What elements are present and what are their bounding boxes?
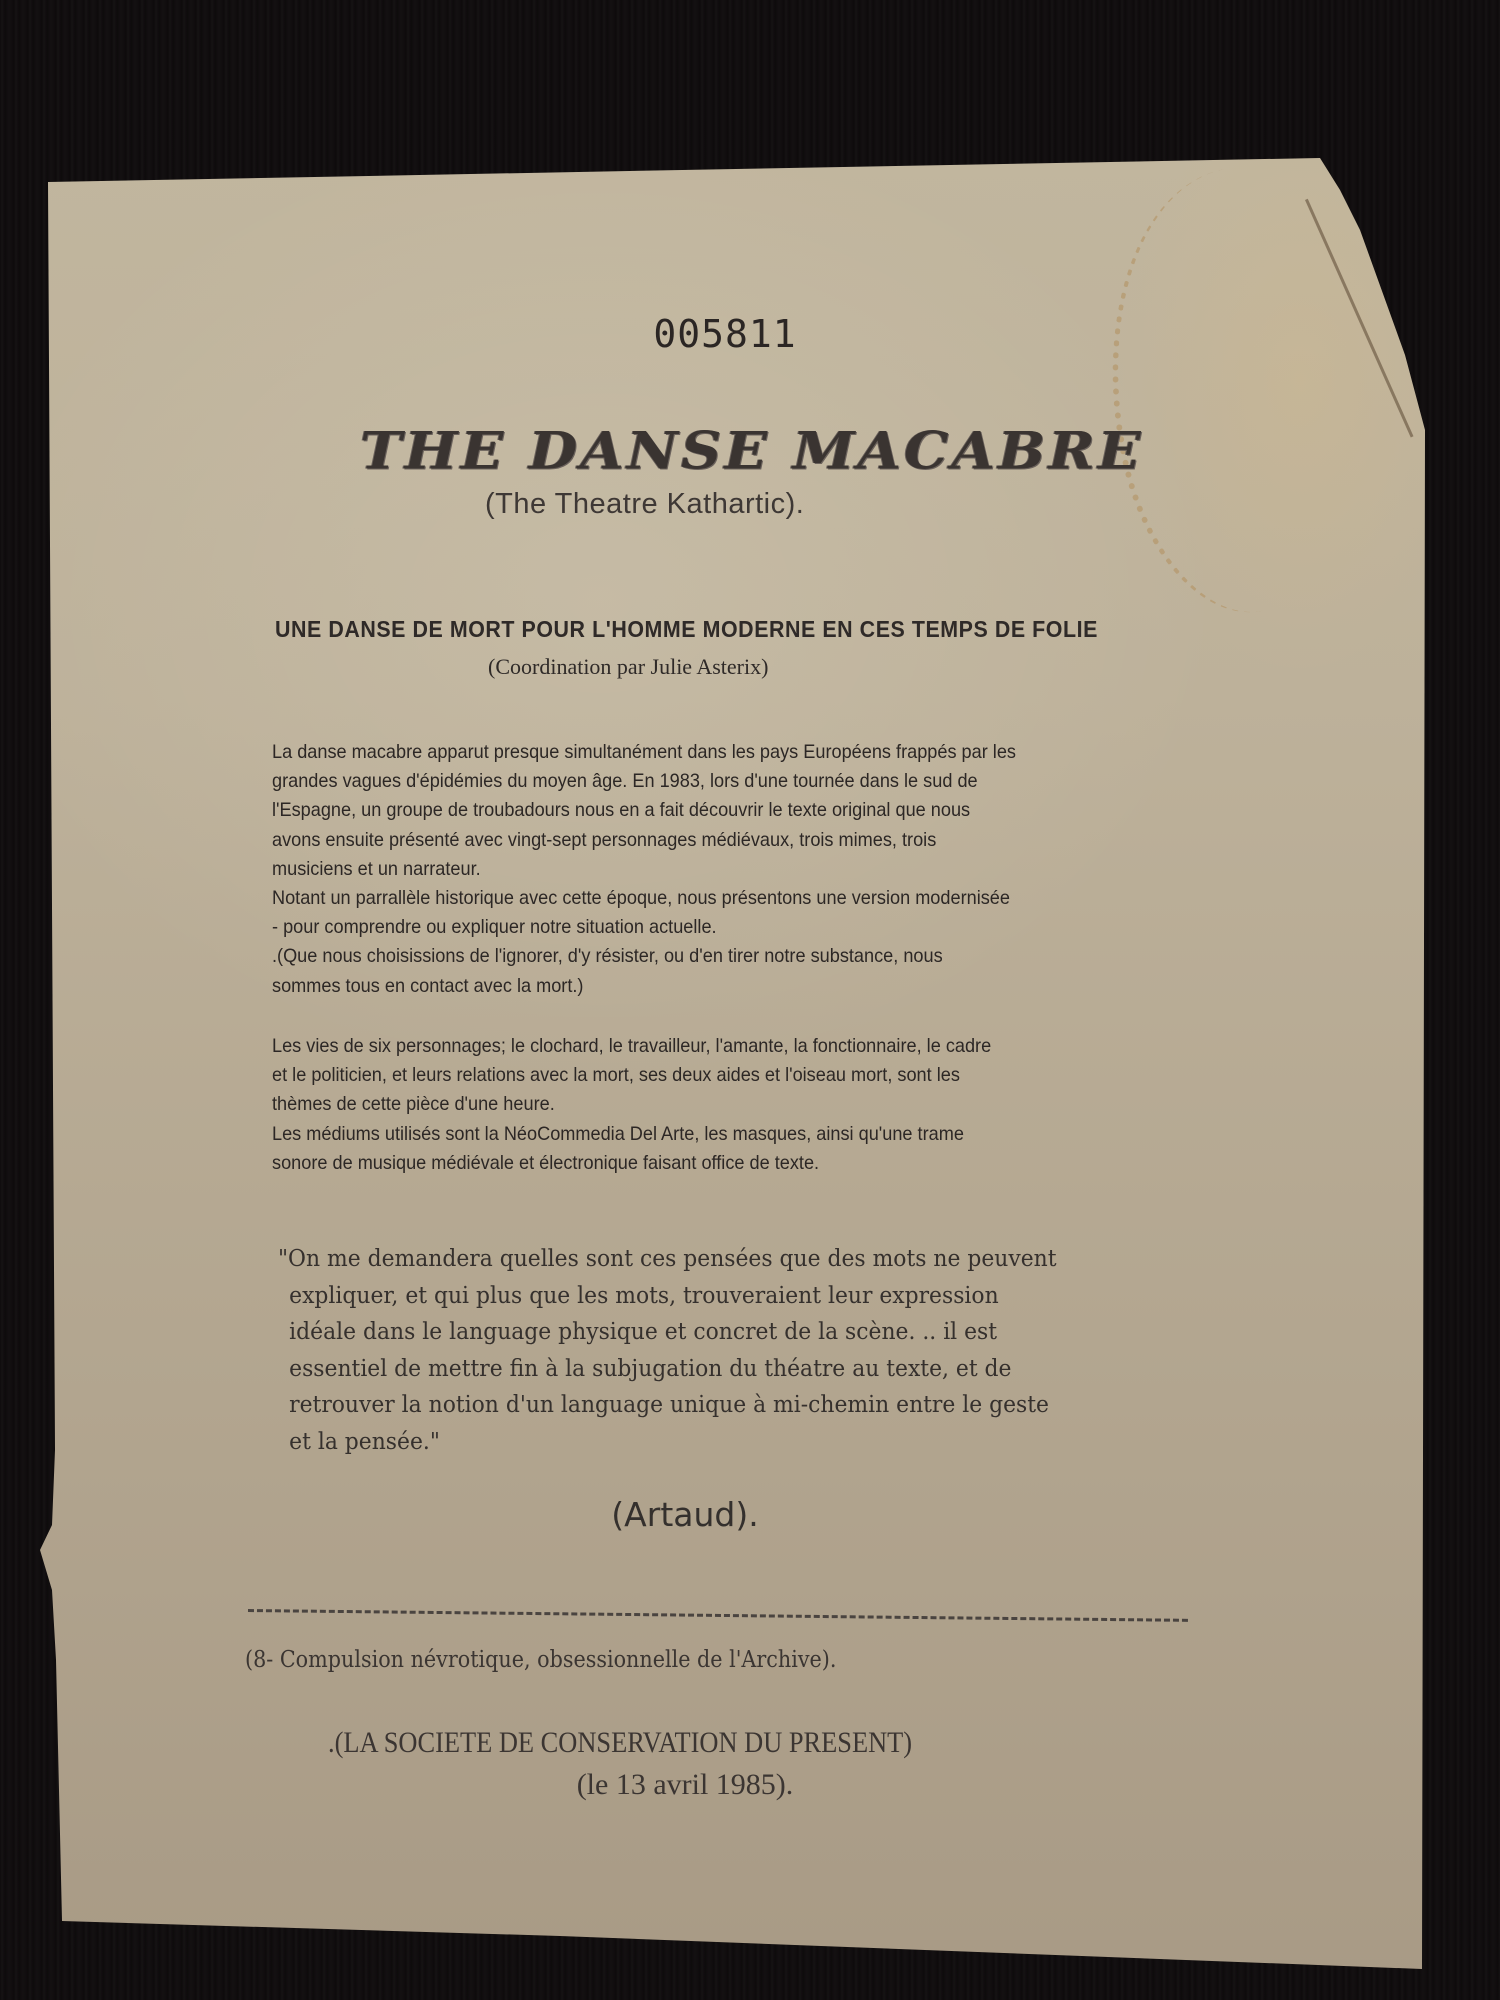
artaud-quote: "On me demandera quelles sont ces pensée… [278,1240,1056,1459]
footnote: (8- Compulsion névrotique, obsessionnell… [245,1647,836,1673]
serial-number: 005811 [0,312,1450,356]
text-line: avons ensuite présenté avec vingt-sept p… [272,826,1016,855]
text-line: grandes vagues d'épidémies du moyen âge.… [272,767,1016,796]
text-line: sonore de musique médiévale et électroni… [272,1149,991,1178]
text-line: Les médiums utilisés sont la NéoCommedia… [272,1120,991,1149]
quote-attribution: (Artaud). [0,1495,1370,1534]
text-line: La danse macabre apparut presque simulta… [272,738,1016,767]
society-name: .(LA SOCIETE DE CONSERVATION DU PRESENT) [328,1726,912,1760]
coordination-credit: (Coordination par Julie Asterix) [488,654,768,680]
text-line: et le politicien, et leurs relations ave… [272,1061,991,1090]
text-line: Notant un parrallèle historique avec cet… [272,884,1016,913]
document-date: (le 13 avril 1985). [0,1768,1370,1802]
quote-line: idéale dans le language physique et conc… [278,1313,1056,1350]
quote-line: essentiel de mettre fin à la subjugation… [278,1350,1056,1387]
dashed-divider [248,1609,1188,1622]
quote-line: retrouver la notion d'un language unique… [278,1386,1056,1423]
text-line: Les vies de six personnages; le clochard… [272,1032,991,1061]
text-line: musiciens et un narrateur. [272,855,1016,884]
quote-line: "On me demandera quelles sont ces pensée… [278,1240,1056,1277]
text-line: l'Espagne, un groupe de troubadours nous… [272,796,1016,825]
text-line: .(Que nous choisissions de l'ignorer, d'… [272,942,1016,971]
text-line: sommes tous en contact avec la mort.) [272,972,1016,1001]
text-line: thèmes de cette pièce d'une heure. [272,1090,991,1119]
quote-line: et la pensée." [278,1423,1056,1460]
paper-sheet: 005811 THE DANSE MACABRE (The Theatre Ka… [0,0,1500,2000]
text-line: - pour comprendre ou expliquer notre sit… [272,913,1016,942]
section-heading: UNE DANSE DE MORT POUR L'HOMME MODERNE E… [275,616,1098,643]
paragraph-history: La danse macabre apparut presque simulta… [272,738,1016,1001]
document-subtitle: (The Theatre Kathartic). [485,488,804,521]
document-title: THE DANSE MACABRE [360,421,1144,482]
quote-line: expliquer, et qui plus que les mots, tro… [278,1277,1056,1314]
paragraph-characters: Les vies de six personnages; le clochard… [272,1032,991,1178]
